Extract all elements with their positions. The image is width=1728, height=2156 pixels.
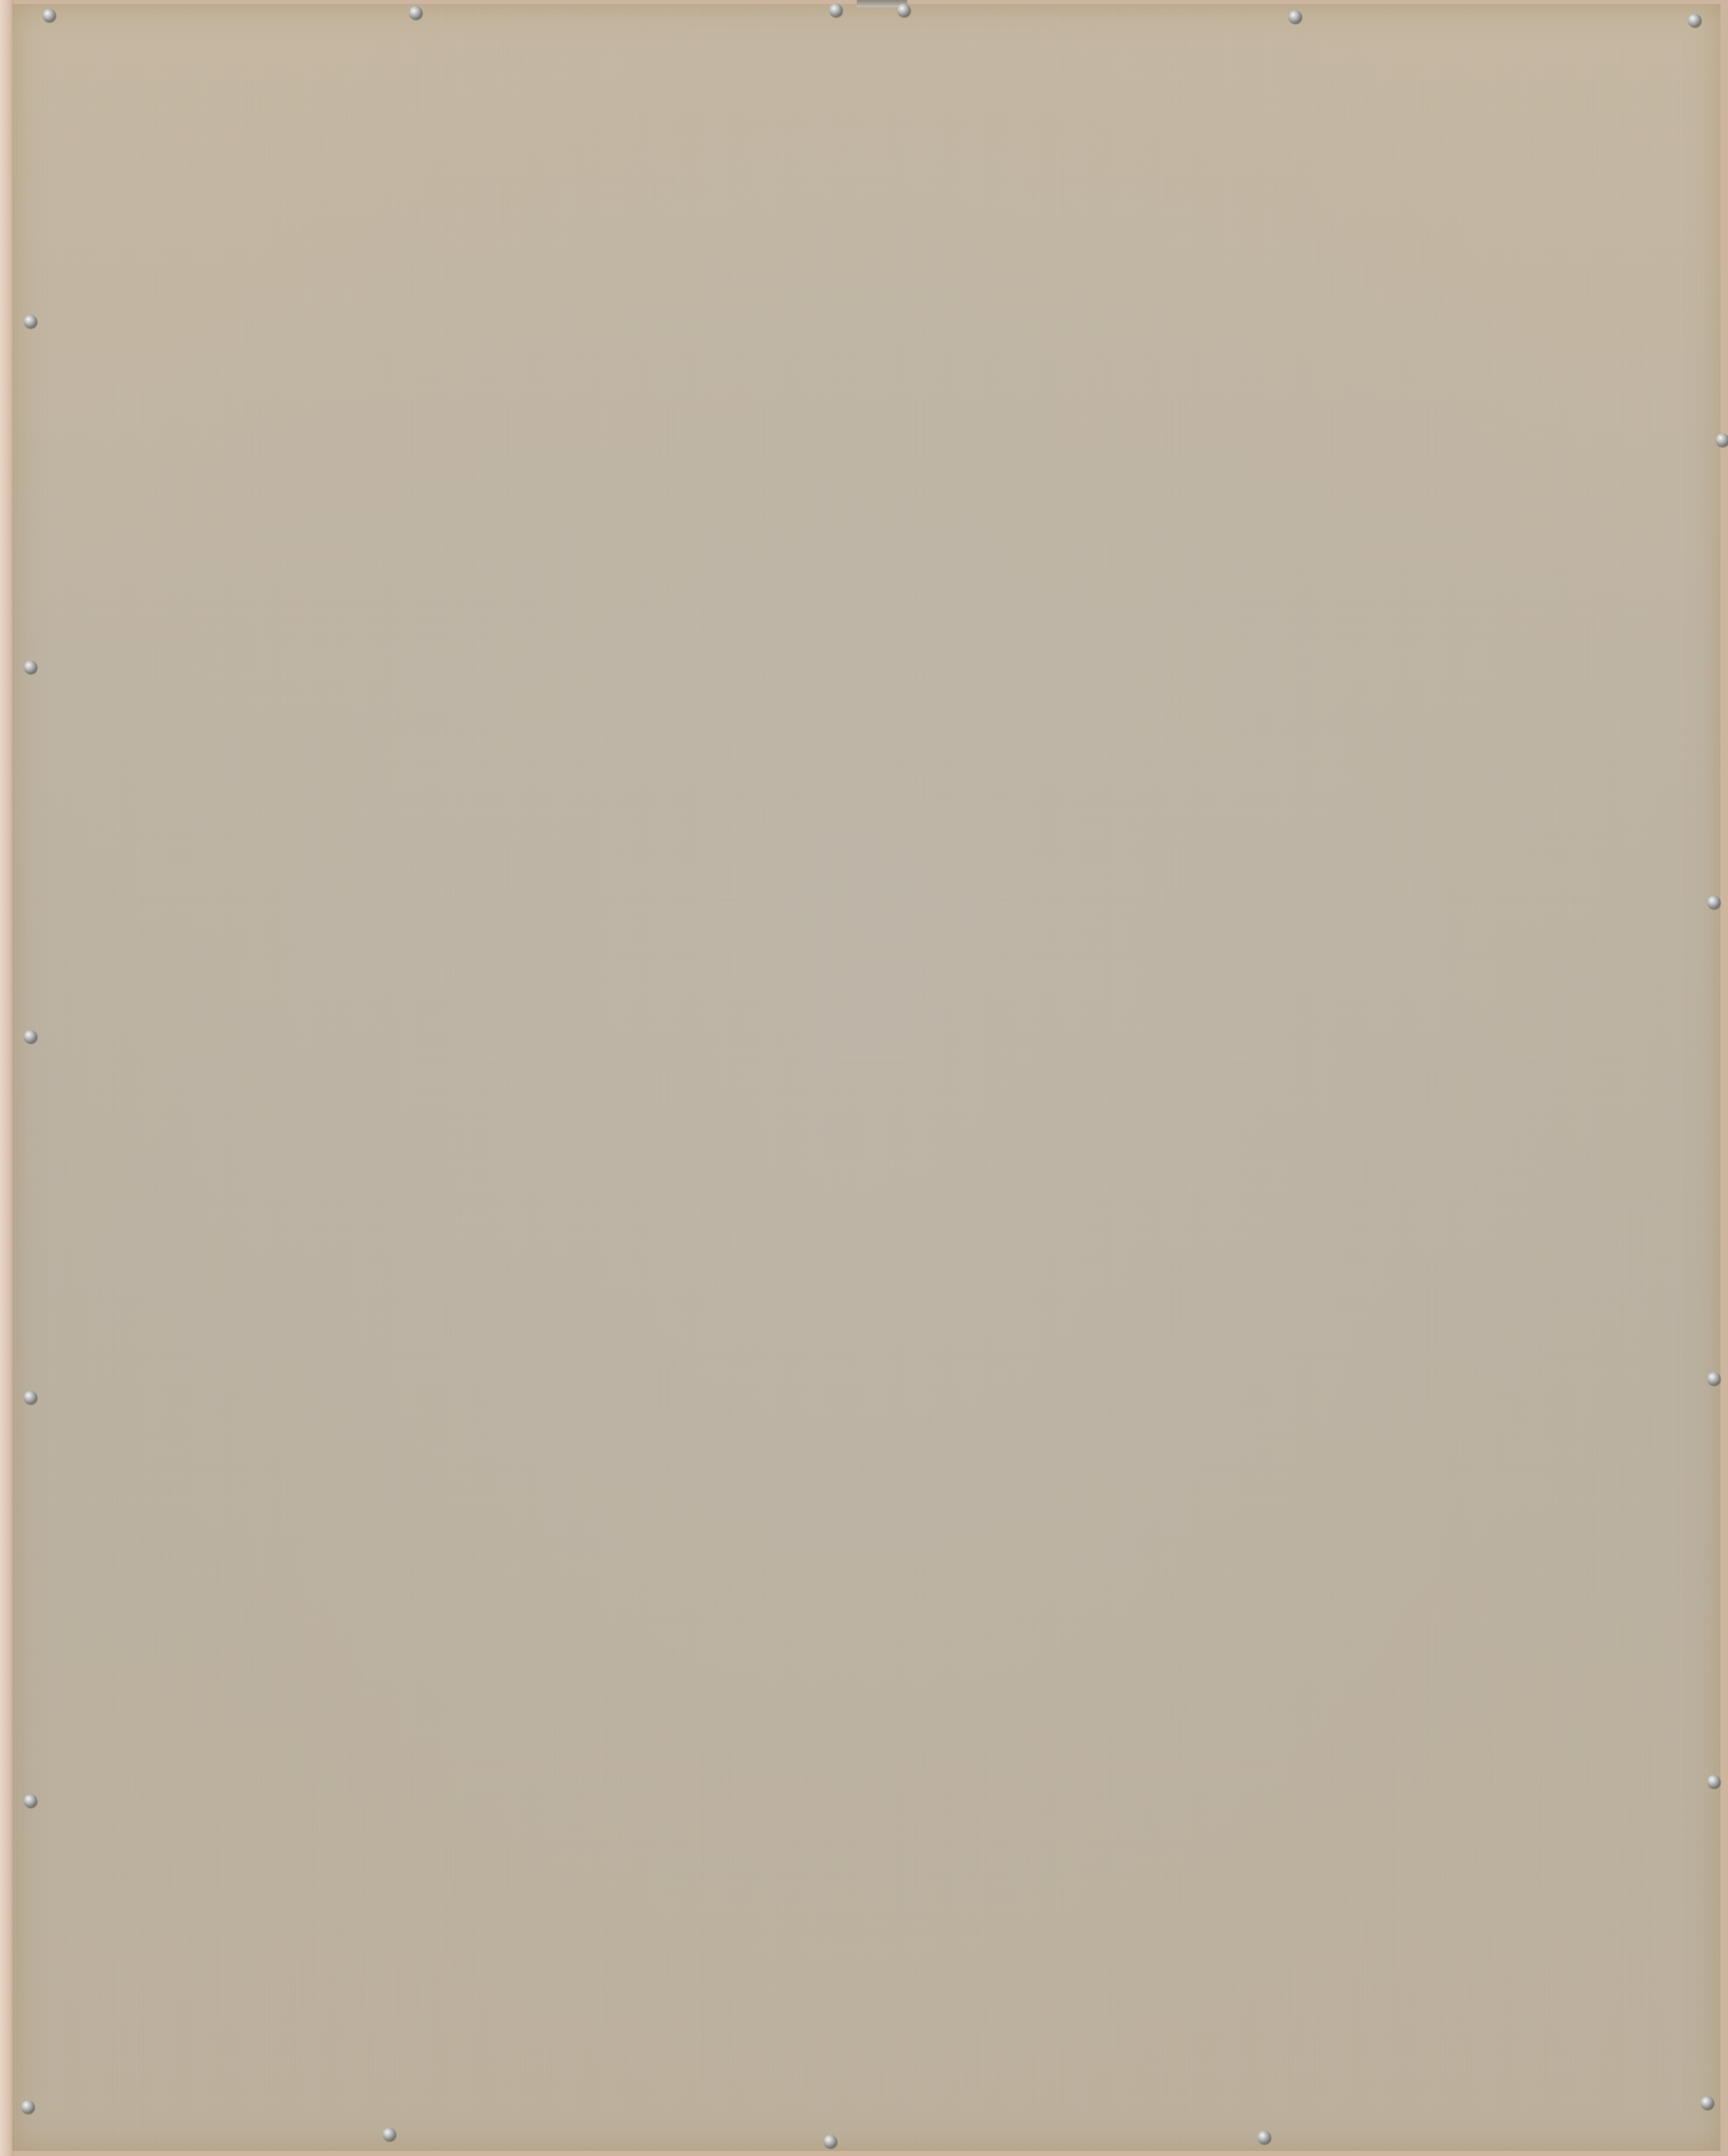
tack-icon <box>24 1794 37 1807</box>
tack-icon <box>409 6 422 19</box>
tack-icon <box>24 1030 37 1043</box>
tack-icon <box>383 2128 396 2141</box>
tack-icon <box>1716 433 1728 447</box>
tack-icon <box>21 2100 34 2113</box>
tack-icon <box>829 4 842 17</box>
tack-icon <box>1688 14 1701 27</box>
tack-icon <box>1707 896 1720 909</box>
tack-icon <box>1707 1775 1720 1788</box>
tack-icon <box>24 315 37 328</box>
tack-icon <box>24 660 37 674</box>
tack-icon <box>43 9 56 22</box>
tack-icon <box>24 1391 37 1404</box>
tack-icon <box>897 4 910 17</box>
tack-icon <box>1707 1372 1720 1385</box>
tack-icon <box>1701 2096 1714 2109</box>
cardboard-backing <box>12 4 1720 2151</box>
tack-icon <box>1258 2131 1271 2144</box>
tack-icon <box>824 2135 837 2148</box>
tack-icon <box>1289 10 1302 23</box>
